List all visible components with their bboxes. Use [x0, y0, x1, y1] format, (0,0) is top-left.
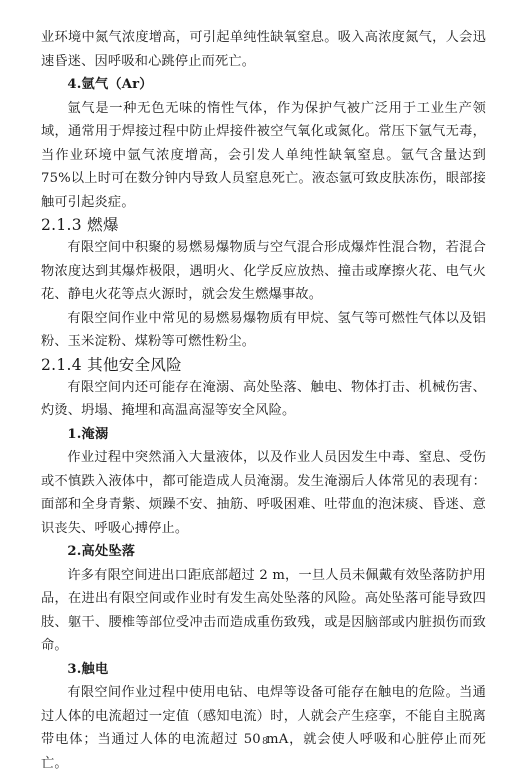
argon-paragraph: 氩气是一种无色无味的惰性气体，作为保护气被广泛用于工业生产领域，通常用于焊接过程…: [41, 97, 486, 215]
drowning-paragraph: 作业过程中突然涌入大量液体，以及作业人员因发生中毒、窒息、受伤或不慎跌入液体中，…: [41, 446, 486, 540]
nitrogen-paragraph-continuation: 业环境中氮气浓度增高，可引起单纯性缺氧窒息。吸入高浓度氮气，人会迅速昏迷、因呼吸…: [41, 26, 486, 73]
page-content: 业环境中氮气浓度增高，可引起单纯性缺氧窒息。吸入高浓度氮气，人会迅速昏迷、因呼吸…: [41, 26, 486, 773]
section-2-1-3-heading: 2.1.3 燃爆: [41, 214, 486, 236]
argon-heading: 4.氩气（Ar）: [41, 73, 486, 97]
electric-shock-paragraph: 有限空间作业过程中使用电钻、电焊等设备可能存在触电的危险。当通过人体的电流超过一…: [41, 681, 486, 773]
other-risks-intro: 有限空间内还可能存在淹溺、高处坠落、触电、物体打击、机械伤害、灼烫、坍塌、掩埋和…: [41, 376, 486, 423]
explosion-paragraph-1: 有限空间中积聚的易燃易爆物质与空气混合形成爆炸性混合物，若混合物浓度达到其爆炸极…: [41, 236, 486, 307]
fall-from-height-heading: 2.高处坠落: [41, 540, 486, 564]
section-2-1-4-heading: 2.1.4 其他安全风险: [41, 354, 486, 376]
document-page: 业环境中氮气浓度增高，可引起单纯性缺氧窒息。吸入高浓度氮气，人会迅速昏迷、因呼吸…: [0, 0, 530, 773]
fall-from-height-paragraph: 许多有限空间进出口距底部超过 2 m，一旦人员未佩戴有效坠落防护用品，在进出有限…: [41, 564, 486, 658]
drowning-heading: 1.淹溺: [41, 423, 486, 447]
explosion-paragraph-2: 有限空间作业中常见的易燃易爆物质有甲烷、氢气等可燃性气体以及铝粉、玉米淀粉、煤粉…: [41, 307, 486, 354]
electric-shock-heading: 3.触电: [41, 658, 486, 682]
page-number: 8: [0, 737, 530, 747]
